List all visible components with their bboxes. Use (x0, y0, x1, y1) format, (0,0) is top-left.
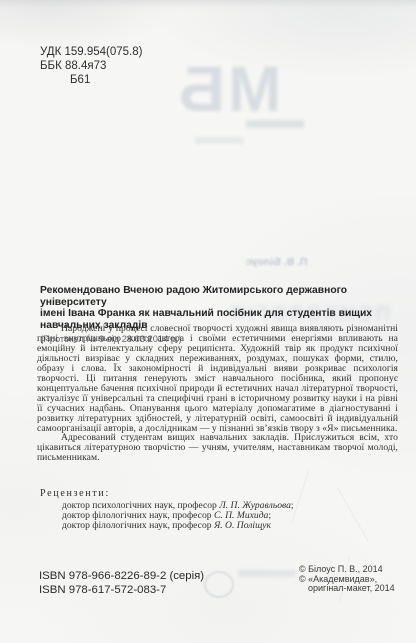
reviewers-heading: Рецензенти: (40, 488, 294, 499)
annotation-paragraph-2: Адресований студентам вищих навчальних з… (37, 433, 398, 463)
author-sign-code: Б61 (70, 73, 142, 87)
annotation-block: Народжені у процесі словесної творчості … (37, 324, 398, 463)
isbn-block: ISBN 978-966-8226-89-2 (серія) ISBN 978-… (39, 570, 204, 598)
reviewer-item: доктор філологічних наук, професор Я. О.… (62, 521, 294, 531)
isbn-series: ISBN 978-966-8226-89-2 (серія) (39, 570, 204, 584)
bbk-code: ББК 88.4я73 (40, 59, 142, 73)
reviewer-degree: доктор філологічних наук, професор (62, 520, 214, 531)
copyright-layout: оригінал-макет, 2014 (308, 584, 395, 594)
copyright-block: © Білоус П. В., 2014 © «Академвидав», ор… (299, 565, 395, 594)
annotation-paragraph-1: Народжені у процесі словесної творчості … (37, 324, 398, 433)
recommendation-line-1: Рекомендовано Вченою радою Житомирського… (40, 285, 412, 308)
reviewer-name: Я. О. Поліщук (214, 520, 271, 531)
udk-code: УДК 159.954(075.8) (40, 45, 142, 59)
reviewer-separator: ; (291, 500, 294, 511)
cataloging-codes: УДК 159.954(075.8) ББК 88.4я73 Б61 (40, 45, 142, 87)
reviewers-block: Рецензенти: доктор психологічних наук, п… (40, 488, 294, 532)
printed-content: УДК 159.954(075.8) ББК 88.4я73 Б61 Реком… (0, 0, 416, 643)
book-imprint-page: МБ П. В. Білоус ПСИХОЛОГІЯ УДК 159.954(0… (0, 0, 416, 643)
reviewers-list: доктор психологічних наук, професор Л. П… (62, 501, 294, 532)
isbn-book: ISBN 978-617-572-083-7 (39, 584, 204, 598)
